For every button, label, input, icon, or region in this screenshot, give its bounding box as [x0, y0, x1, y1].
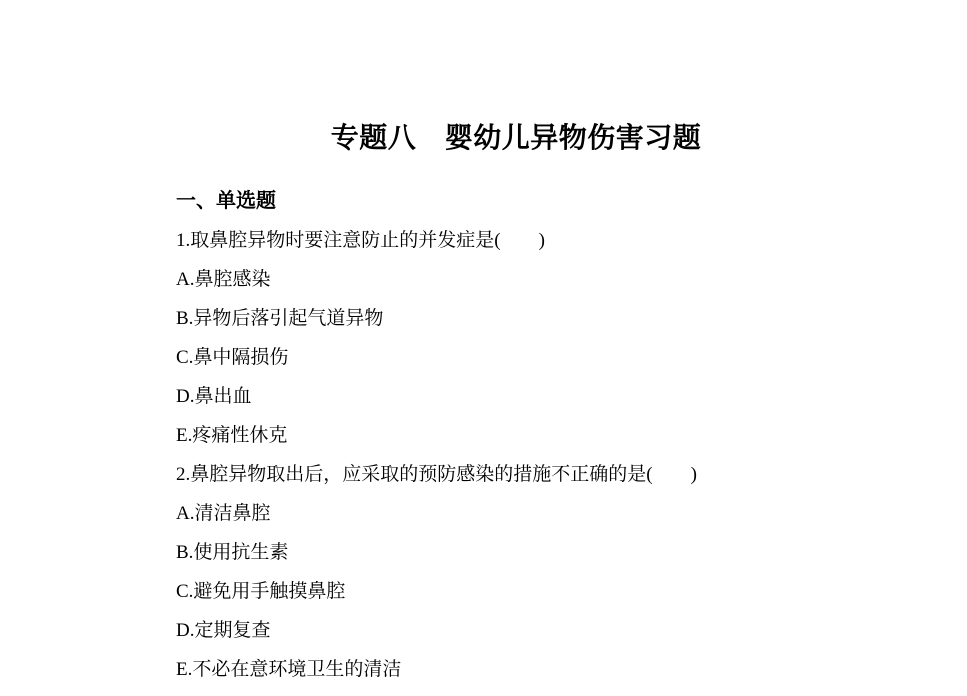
option-line: E.疼痛性休克 [176, 416, 856, 455]
option-line: D.定期复查 [176, 611, 856, 650]
question-stem: 2.鼻腔异物取出后，应采取的预防感染的措施不正确的是( ) [176, 455, 856, 494]
option-line: D.鼻出血 [176, 377, 856, 416]
question-stem: 1.取鼻腔异物时要注意防止的并发症是( ) [176, 221, 856, 260]
question-2: 2.鼻腔异物取出后，应采取的预防感染的措施不正确的是( ) A.清洁鼻腔 B.使… [176, 455, 856, 689]
section-heading: 一、单选题 [176, 182, 856, 221]
page-title: 专题八 婴幼儿异物伤害习题 [176, 0, 856, 158]
option-line: E.不必在意环境卫生的清洁 [176, 650, 856, 689]
document-content: 专题八 婴幼儿异物伤害习题 一、单选题 1.取鼻腔异物时要注意防止的并发症是( … [176, 0, 856, 689]
option-line: B.异物后落引起气道异物 [176, 299, 856, 338]
option-line: A.鼻腔感染 [176, 260, 856, 299]
question-1: 1.取鼻腔异物时要注意防止的并发症是( ) A.鼻腔感染 B.异物后落引起气道异… [176, 221, 856, 455]
option-line: C.鼻中隔损伤 [176, 338, 856, 377]
option-line: B.使用抗生素 [176, 533, 856, 572]
option-line: A.清洁鼻腔 [176, 494, 856, 533]
document-page: 专题八 婴幼儿异物伤害习题 一、单选题 1.取鼻腔异物时要注意防止的并发症是( … [0, 0, 967, 696]
option-line: C.避免用手触摸鼻腔 [176, 572, 856, 611]
